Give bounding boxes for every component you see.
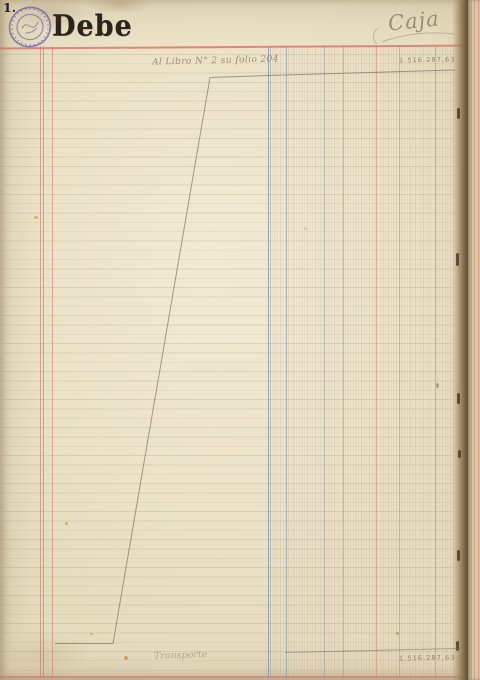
- bottom-total-pencil-line: [285, 649, 460, 653]
- carry-forward-label: Transporte: [154, 649, 208, 662]
- description-divider-blue-line-2: [270, 46, 271, 677]
- folio-transfer-note: Al Libro N° 2 su folio 204: [152, 54, 279, 67]
- stamp-center-emblem: [21, 21, 40, 35]
- paper-speck: [34, 216, 38, 219]
- left-margin-red-line-3: [52, 46, 53, 677]
- binding-stitch: [456, 641, 459, 651]
- paper-speck: [65, 522, 68, 525]
- header-red-rule: [0, 45, 480, 50]
- footer-red-rule: [0, 676, 480, 678]
- paper-speck: [304, 227, 307, 230]
- description-divider-blue-line-1: [268, 46, 269, 677]
- annulment-pencil-marks: [0, 0, 480, 680]
- binding-edge: [452, 0, 468, 680]
- next-page-red-line: [471, 0, 472, 680]
- horizontal-ruling: [2, 54, 454, 676]
- debit-header-title: Debe: [52, 10, 133, 43]
- paper-speck: [124, 656, 128, 660]
- left-margin-red-line-1: [40, 46, 41, 677]
- paper-speck: [436, 383, 439, 388]
- annulment-z-line: [55, 70, 455, 644]
- left-margin-red-line-2: [43, 46, 44, 677]
- binding-stitch: [457, 393, 460, 404]
- cash-column-red-line-2: [376, 46, 377, 677]
- bottom-amount-pencil: 1.516.287,63: [399, 654, 456, 663]
- cash-column-red-line-1: [343, 46, 344, 677]
- account-title-flourish: [368, 26, 458, 46]
- stamp-ring-text: ∙∙∙∙∙∙∙∙∙∙∙∙∙∙∙∙∙∙∙∙∙∙∙∙∙∙∙∙: [0, 0, 56, 55]
- next-page-red-line: [474, 0, 475, 680]
- cash-column-red-line-3: [399, 46, 400, 677]
- top-amount-pencil: 1.516.287,63: [399, 56, 456, 65]
- circular-ink-stamp-icon: ∙∙∙∙∙∙∙∙∙∙∙∙∙∙∙∙∙∙∙∙∙∙∙∙∙∙∙∙: [0, 0, 62, 59]
- next-page-red-line: [478, 0, 479, 680]
- svg-text:∙∙∙∙∙∙∙∙∙∙∙∙∙∙∙∙∙∙∙∙∙∙∙∙∙∙∙∙: ∙∙∙∙∙∙∙∙∙∙∙∙∙∙∙∙∙∙∙∙∙∙∙∙∙∙∙∙: [0, 0, 56, 55]
- paper-stain-bottom: [0, 630, 90, 680]
- cash-column-blue-line-1: [286, 46, 287, 677]
- binding-stitch: [457, 108, 460, 119]
- cash-columns-fine-grid: [272, 46, 454, 677]
- paper-speck: [396, 632, 399, 635]
- cash-column-red-line-4: [435, 46, 436, 677]
- ledger-page: 1. ∙∙∙∙∙∙∙∙∙∙∙∙∙∙∙∙∙∙∙∙∙∙∙∙∙∙∙∙ Debe Caj…: [0, 0, 480, 680]
- account-title: Caja: [387, 6, 441, 35]
- next-page-edge: [468, 0, 480, 680]
- binding-stitch: [456, 253, 459, 266]
- cash-column-blue-line-2: [324, 46, 325, 677]
- page-number: 1.: [3, 0, 16, 15]
- paper-speck: [90, 633, 93, 635]
- paper-stain-corner: [16, 0, 86, 30]
- binding-stitch: [458, 450, 461, 458]
- binding-stitch: [457, 550, 460, 561]
- paper-stain-top: [88, 0, 152, 14]
